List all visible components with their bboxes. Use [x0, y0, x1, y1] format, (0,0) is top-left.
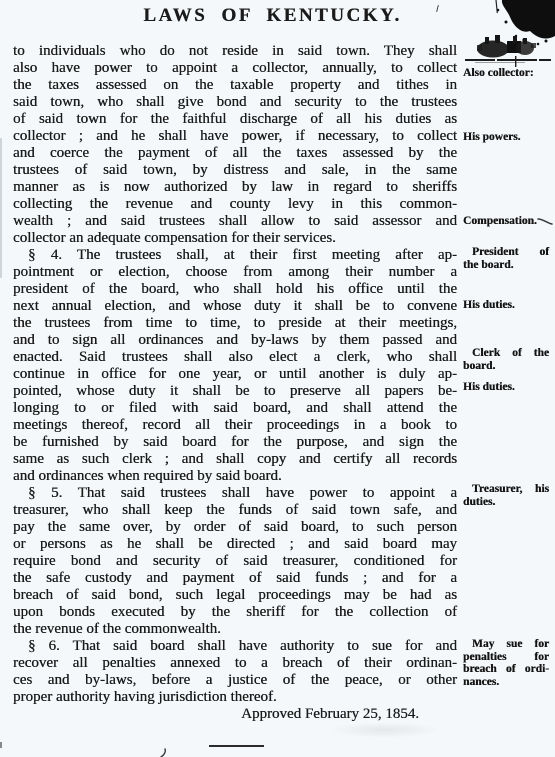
- margin-note: May sue forpenalties forbreach of ordi-n…: [463, 638, 549, 688]
- margin-note-line: the board.: [463, 259, 549, 272]
- text-line: longing to or filed with said board, and…: [13, 400, 457, 417]
- margin-note: Compensation.: [463, 215, 549, 228]
- text-line: pay the same over, by order of said boar…: [13, 519, 457, 536]
- margin-note: His powers.: [463, 131, 549, 144]
- text-line: president of the board, who shall hold h…: [13, 281, 457, 298]
- text-line: or persons as he shall be directed ; and…: [13, 536, 457, 553]
- paragraph-continuation: to individuals who do not reside in said…: [13, 43, 457, 247]
- margin-note-line: board.: [463, 360, 549, 373]
- text-line: and to sign all ordinances and by-laws b…: [13, 332, 457, 349]
- margin-note: His duties.: [463, 381, 549, 394]
- margin-note-line: His duties.: [463, 299, 549, 312]
- text-line: pointment or election, choose from among…: [13, 264, 457, 281]
- margin-note: Also collector:: [463, 67, 549, 80]
- scan-edge-mark: [0, 742, 2, 748]
- page-title: LAWS OF KENTUCKY.: [0, 5, 545, 27]
- text-line: § 4. The trustees shall, at their first …: [13, 247, 457, 264]
- margin-note-line: penalties for: [463, 651, 549, 664]
- text-line: require bond and security of said treasu…: [13, 553, 457, 570]
- scan-edge-shadow: [0, 138, 2, 278]
- text-line: treasurer, who shall keep the funds of s…: [13, 502, 457, 519]
- text-line: collector ; and he shall have power, if …: [13, 128, 457, 145]
- text-line: to individuals who do not reside in said…: [13, 43, 457, 60]
- scanned-document-page: LAWS OF KENTUCKY. to individuals who do …: [0, 0, 555, 757]
- pencil-smudge: [330, 722, 440, 738]
- illegible-stamp-artifact: [465, 33, 553, 71]
- margin-note: His duties.: [463, 299, 549, 312]
- text-line: enacted. Said trustees shall also elect …: [13, 349, 457, 366]
- approval-line: Approved February 25, 1854.: [13, 706, 457, 723]
- paragraph-section-4: § 4. The trustees shall, at their first …: [13, 247, 457, 485]
- margin-note-line: His powers.: [463, 131, 549, 144]
- text-line: the revenue of the commonwealth.: [13, 621, 457, 638]
- text-line: recover all penalties annexed to a breac…: [13, 655, 457, 672]
- text-line: pointed, whose duty it shall be to prese…: [13, 383, 457, 400]
- paragraphs: to individuals who do not reside in said…: [13, 43, 457, 706]
- margin-note-line: duties.: [463, 496, 549, 509]
- text-line: next annual election, and whose duty it …: [13, 298, 457, 315]
- text-line: collector an adequate compensation for t…: [13, 230, 457, 247]
- margin-note-line: President of: [463, 246, 549, 259]
- text-line: and coerce the payment of all the taxes …: [13, 145, 457, 162]
- text-line: also have power to appoint a collector, …: [13, 60, 457, 77]
- text-line: collecting the revenue and county levy i…: [13, 196, 457, 213]
- section-divider-rule: [209, 745, 264, 747]
- text-line: § 5. That said trustees shall have power…: [13, 485, 457, 502]
- text-line: ces and by-laws, before a justice of the…: [13, 672, 457, 689]
- text-line: the trustees from time to time, to presi…: [13, 315, 457, 332]
- margin-note: Treasurer, hisduties.: [463, 483, 549, 508]
- margin-note-line: His duties.: [463, 381, 549, 394]
- text-line: the safe custody and payment of said fun…: [13, 570, 457, 587]
- act-body: to individuals who do not reside in said…: [13, 43, 457, 723]
- text-line: upon bonds executed by the sheriff for t…: [13, 604, 457, 621]
- text-line: said town, who shall give bond and secur…: [13, 94, 457, 111]
- text-line: manner as is now authorized by law in re…: [13, 179, 457, 196]
- text-line: the taxes assessed on the taxable proper…: [13, 77, 457, 94]
- margin-note-line: Compensation.: [463, 215, 549, 228]
- text-line: trustees of said town, by distress and s…: [13, 162, 457, 179]
- text-line: continue in office for one year, or unti…: [13, 366, 457, 383]
- margin-note-line: Clerk of the: [463, 347, 549, 360]
- text-line: breach of said bond, such legal proceedi…: [13, 587, 457, 604]
- margin-note: Clerk of theboard.: [463, 347, 549, 372]
- text-line: § 6. That said board shall have authorit…: [13, 638, 457, 655]
- stray-ink-mark: [160, 748, 168, 757]
- text-line: of said town for the faithful discharge …: [13, 111, 457, 128]
- margin-note: President ofthe board.: [463, 246, 549, 271]
- text-line: be furnished by said board for the purpo…: [13, 434, 457, 451]
- text-line: same as such clerk ; and shall copy and …: [13, 451, 457, 468]
- paragraph-section-6: § 6. That said board shall have authorit…: [13, 638, 457, 706]
- margin-note-line: Also collector:: [463, 67, 549, 80]
- margin-note-line: breach of ordi-: [463, 663, 549, 676]
- margin-note-line: nances.: [463, 676, 549, 689]
- margin-note-line: Treasurer, his: [463, 483, 549, 496]
- margin-note-line: May sue for: [463, 638, 549, 651]
- paragraph-section-5: § 5. That said trustees shall have power…: [13, 485, 457, 638]
- text-line: proper authority having jurisdiction the…: [13, 689, 457, 706]
- text-line: meetings thereof, record all their proce…: [13, 417, 457, 434]
- text-line: wealth ; and said trustees shall allow t…: [13, 213, 457, 230]
- text-line: and ordinances when required by said boa…: [13, 468, 457, 485]
